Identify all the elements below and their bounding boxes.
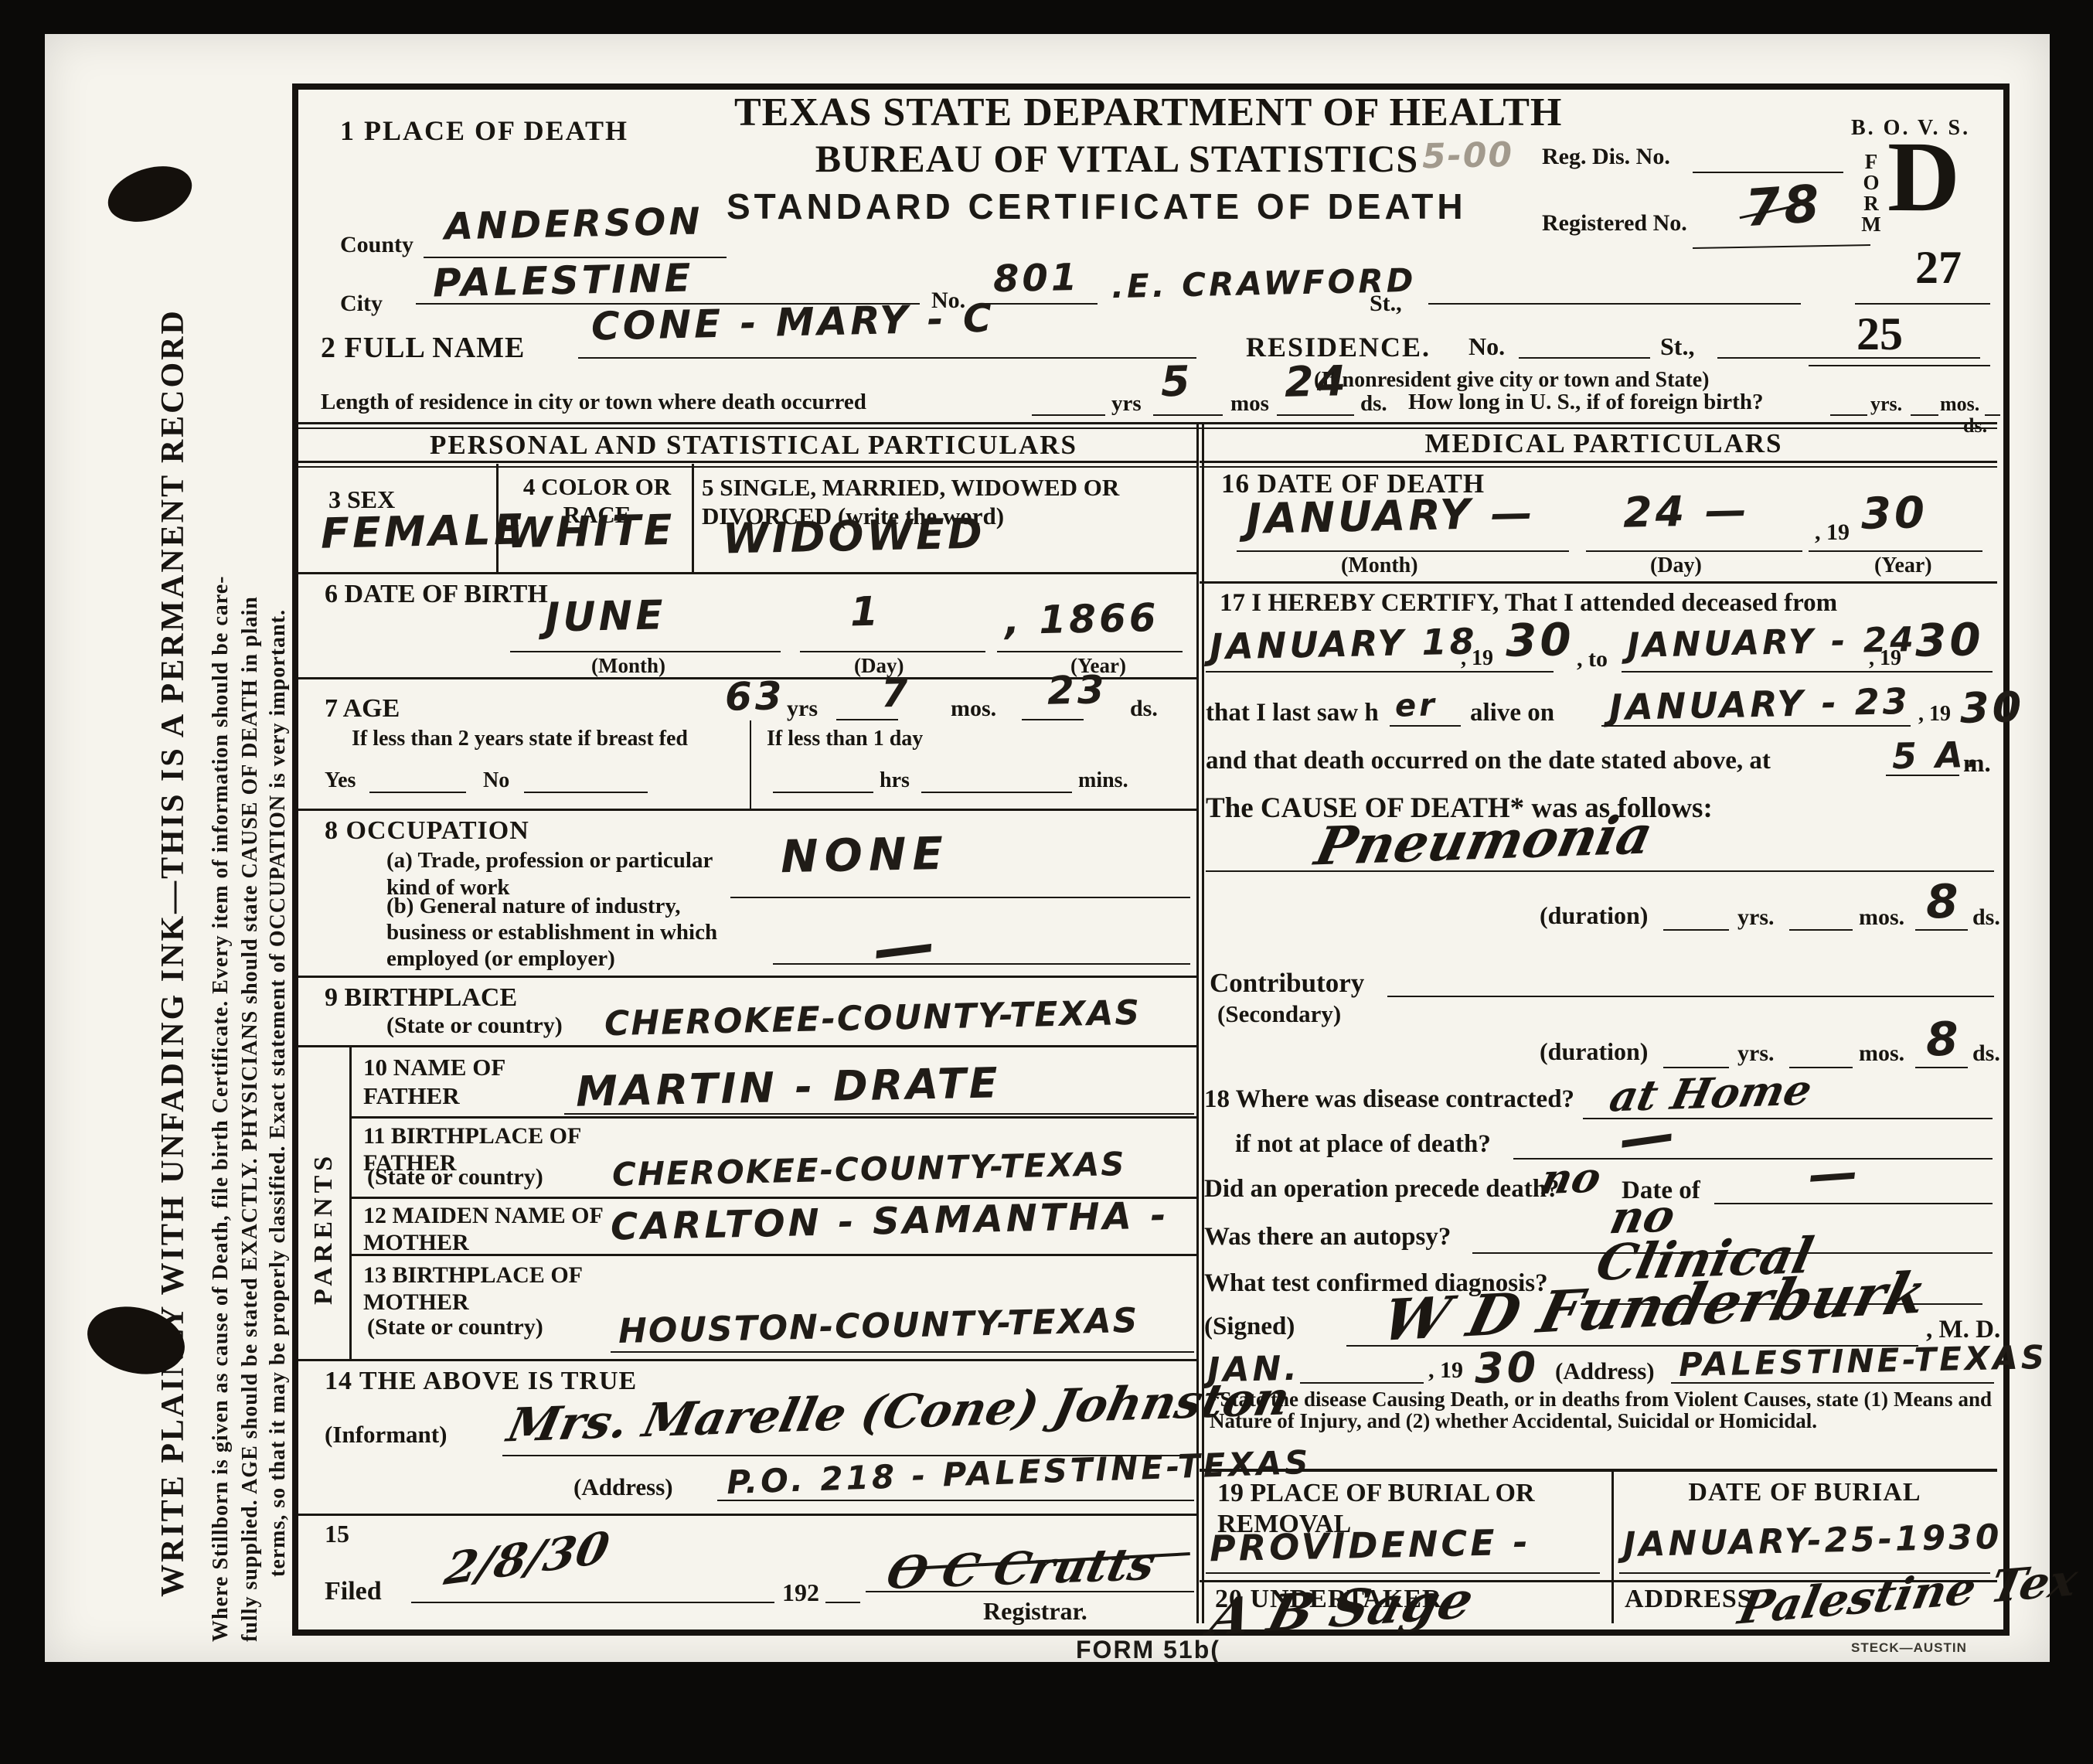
informant-caption: (Informant)	[325, 1421, 447, 1449]
autopsy-label: Was there an autopsy?	[1204, 1223, 1451, 1251]
blank-line	[1586, 550, 1802, 552]
county-label: County	[340, 232, 413, 258]
printer-mark: STECK—AUSTIN	[1851, 1640, 1967, 1656]
blank-line	[510, 651, 781, 652]
blank-line	[411, 1602, 774, 1603]
above-is-true-label: 14 THE ABOVE IS TRUE	[325, 1367, 637, 1396]
burial-date-value: JANUARY-25-1930	[1623, 1517, 2003, 1565]
blank-line	[1717, 357, 1980, 359]
row-divider	[349, 1116, 1196, 1119]
blank-line	[524, 792, 648, 793]
day-caption: (Day)	[1650, 553, 1702, 578]
blank-line	[564, 1113, 1194, 1115]
sign-address-value: PALESTINE-TEXAS	[1679, 1338, 2048, 1384]
blank-line	[1714, 1203, 1993, 1204]
stamp-number-25: 25	[1856, 308, 1903, 361]
blank-line	[611, 1351, 1194, 1353]
attended-to-year: 30	[1914, 613, 1984, 667]
blank-line	[997, 651, 1183, 652]
parents-vertical-label: PARENTS	[309, 1152, 339, 1305]
attended-from-year: 30	[1505, 613, 1574, 667]
ds-label: ds.	[1972, 1040, 2000, 1067]
occupation-b-value: —	[870, 907, 943, 986]
filed-label: Filed	[325, 1577, 382, 1606]
row-divider	[1200, 1469, 1997, 1472]
row-divider	[298, 1045, 1196, 1047]
m-label: m.	[1963, 750, 1991, 778]
length-mos-value: 5	[1160, 357, 1193, 407]
last-saw-pre: that I last saw h	[1206, 699, 1379, 727]
duration-caption: (duration)	[1540, 901, 1648, 930]
blank-line	[1809, 365, 1990, 366]
age-mos-label: mos.	[951, 696, 996, 722]
form-number-label: FORM 51b(	[1076, 1636, 1220, 1664]
mins-label: mins.	[1078, 768, 1128, 793]
cell-divider	[692, 464, 694, 572]
year-caption: (Year)	[1874, 553, 1932, 578]
breastfed-label: If less than 2 years state if breast fed	[352, 727, 688, 751]
yrs2-label: yrs.	[1870, 393, 1902, 416]
disease-contracted-label: 18 Where was disease contracted?	[1204, 1085, 1574, 1114]
place-of-death-label: 1 PLACE OF DEATH	[340, 114, 628, 147]
mos-label: mos.	[1859, 904, 1904, 931]
blank-line	[730, 897, 1190, 898]
month-caption: (Month)	[1341, 553, 1418, 578]
blank-line	[1153, 414, 1223, 416]
blank-line	[1390, 725, 1461, 727]
year-printed-19: , 19	[1869, 646, 1901, 671]
to-label: , to	[1577, 646, 1608, 673]
blank-line	[773, 963, 1190, 965]
blank-line	[1206, 1572, 1600, 1574]
blank-line	[800, 651, 985, 652]
operation-label: Did an operation precede death?	[1204, 1175, 1560, 1204]
blank-line	[578, 357, 1196, 359]
occupation-a-value: NONE	[780, 827, 949, 884]
blank-line	[1809, 550, 1982, 552]
ds-label: ds.	[1360, 391, 1387, 417]
blank-line	[1387, 996, 1994, 997]
attended-from-date: JANUARY 18	[1209, 620, 1478, 667]
duration-caption: (duration)	[1540, 1037, 1648, 1066]
sex-value: FEMALE	[320, 505, 526, 558]
yrs-label: yrs.	[1737, 1040, 1775, 1067]
dob-day-value: 1	[849, 589, 881, 636]
section-divider	[298, 461, 1196, 468]
yrs-label: yrs.	[1737, 904, 1775, 931]
margin-instruction-main: WRITE PLAINLY WITH UNFADING INK—THIS IS …	[155, 308, 192, 1597]
row-divider	[298, 976, 1196, 978]
blank-line	[1789, 929, 1853, 931]
duration-ds-value: 8	[1925, 875, 1962, 930]
cause-of-death-value: Pneumonia	[1310, 805, 1659, 878]
blank-line	[1915, 1067, 1968, 1068]
blank-line	[1693, 172, 1843, 173]
less-than-day-label: If less than 1 day	[767, 727, 923, 751]
burial-place-value: PROVIDENCE -	[1209, 1521, 1531, 1570]
blank-line	[1663, 929, 1729, 931]
section-divider	[1200, 461, 1997, 468]
filed-year-printed: 192	[782, 1578, 819, 1607]
last-saw-her: er	[1395, 687, 1438, 724]
sign-year-value: 30	[1474, 1343, 1539, 1393]
blank-line	[866, 1591, 1194, 1592]
blank-line	[1886, 775, 1959, 776]
operation-value: no	[1537, 1153, 1606, 1204]
blank-line	[1601, 725, 1911, 727]
last-saw-year: 30	[1959, 683, 2024, 733]
year-printed-19: , 19	[1428, 1357, 1463, 1384]
margin-instruction-2: Where Stillborn is given as cause of Dea…	[209, 576, 233, 1642]
last-saw-date: JANUARY - 23	[1608, 680, 1911, 728]
marital-value: WIDOWED	[722, 509, 985, 563]
dept-title-line2: BUREAU OF VITAL STATISTICS	[734, 136, 1499, 181]
occupation-label: 8 OCCUPATION	[325, 816, 529, 846]
if-not-place-label: if not at place of death?	[1235, 1130, 1491, 1159]
occupation-b-label: (b) General nature of industry, business…	[386, 893, 750, 972]
last-saw-mid: alive on	[1470, 699, 1554, 727]
date-of-death-day: 24 —	[1622, 485, 1750, 536]
blank-line	[1428, 303, 1801, 305]
hrs-label: hrs	[880, 768, 910, 793]
dob-year-value: , 1866	[1004, 595, 1159, 643]
registered-no-value: 78	[1743, 174, 1824, 239]
yrs-label: yrs	[1111, 391, 1142, 417]
blank-line	[1022, 719, 1084, 720]
blank-line	[980, 303, 1098, 305]
margin-instruction-3: fully supplied. AGE should be stated EXA…	[238, 596, 263, 1642]
burial-date-label: DATE OF BURIAL	[1627, 1478, 1982, 1507]
age-mos-value: 7	[880, 671, 911, 717]
full-name-label: 2 FULL NAME	[321, 331, 525, 365]
cell-divider	[1611, 1469, 1614, 1623]
cell-divider	[750, 720, 751, 809]
how-long-us-label: How long in U. S., if of foreign birth?	[1408, 390, 1763, 415]
dob-label: 6 DATE OF BIRTH	[325, 580, 548, 609]
blank-line	[1855, 303, 1990, 305]
blank-line	[1206, 870, 1994, 872]
mother-birthplace-caption: (State or country)	[367, 1314, 543, 1340]
informant-address-caption: (Address)	[573, 1473, 673, 1501]
mos-label: mos.	[1859, 1040, 1904, 1067]
row-divider	[298, 572, 1196, 574]
father-name-value: MARTIN - DRATE	[575, 1058, 1001, 1115]
operation-date-value: —	[1807, 1144, 1863, 1205]
age-label: 7 AGE	[325, 694, 400, 724]
blank-line	[1915, 929, 1968, 931]
blank-line	[1830, 414, 1867, 416]
dept-title-line1: TEXAS STATE DEPARTMENT OF HEALTH	[734, 90, 1499, 135]
year-printed-19: , 19	[1815, 519, 1850, 546]
row-divider	[298, 1514, 1196, 1516]
blank-line	[836, 719, 898, 720]
length-ds-value: 24	[1284, 356, 1349, 407]
blank-line	[1206, 671, 1554, 673]
month-caption: (Month)	[591, 654, 665, 678]
column-divider	[1196, 424, 1204, 1623]
residence-no-label: No.	[1469, 332, 1505, 361]
ds-label: ds.	[1972, 904, 2000, 931]
mother-birthplace-label: 13 BIRTHPLACE OF MOTHER	[363, 1262, 603, 1316]
blank-line	[773, 792, 873, 793]
sign-date-month: JAN.	[1206, 1349, 1300, 1391]
blank-line	[825, 1602, 860, 1603]
street-no-value: 801	[992, 256, 1080, 301]
contributory-label: Contributory	[1210, 968, 1364, 999]
blank-line	[1032, 414, 1105, 416]
blank-line	[1277, 414, 1354, 416]
form-vertical-label: FORM	[1860, 152, 1883, 235]
age-yrs-value: 63	[724, 673, 785, 720]
secondary-caption: (Secondary)	[1217, 1000, 1341, 1028]
mos2-label: mos.	[1940, 393, 1979, 416]
yes-label: Yes	[325, 768, 356, 793]
death-occurred-line: and that death occurred on the date stat…	[1206, 747, 1771, 775]
medical-section-title: MEDICAL PARTICULARS	[1206, 428, 2002, 459]
stamp-number-27: 27	[1915, 241, 1962, 295]
blank-line	[1300, 1382, 1424, 1384]
state-country-caption: (State or country)	[386, 1013, 563, 1039]
blank-line	[717, 1500, 1194, 1501]
row-divider	[298, 1359, 1196, 1361]
blank-line	[1519, 357, 1650, 359]
mother-maiden-name-label: 12 MAIDEN NAME OF MOTHER	[363, 1202, 603, 1256]
father-birthplace-caption: (State or country)	[367, 1164, 543, 1190]
full-name-value: CONE - MARY - C	[590, 296, 995, 349]
blank-line	[1622, 671, 1993, 673]
no-label: No	[483, 768, 509, 793]
pencil-note: 5-00	[1421, 135, 1513, 176]
registrar-label: Registrar.	[983, 1597, 1087, 1626]
county-value: ANDERSON	[444, 200, 703, 249]
age-yrs-label: yrs	[787, 696, 818, 722]
year-printed-19: , 19	[1461, 646, 1493, 671]
father-name-label: 10 NAME OF FATHER	[363, 1053, 556, 1110]
sign-address-caption: (Address)	[1555, 1357, 1655, 1385]
date-of-death-month: JANUARY —	[1245, 489, 1536, 543]
city-label: City	[340, 291, 383, 317]
row-divider	[298, 809, 1196, 811]
year-printed-19: , 19	[1918, 702, 1951, 727]
undertaker-address-label: ADDRESS	[1625, 1585, 1753, 1614]
date-of-death-year: 30	[1860, 488, 1928, 540]
age-ds-label: ds.	[1130, 696, 1158, 722]
city-value: PALESTINE	[432, 255, 694, 305]
filed-section-number: 15	[325, 1520, 349, 1548]
dob-month-value: JUNE	[544, 592, 666, 641]
form-letter-d: D	[1887, 127, 1960, 227]
length-residence-label: Length of residence in city or town wher…	[321, 390, 866, 415]
row-divider	[1200, 581, 1997, 584]
duration2-ds-value: 8	[1925, 1013, 1962, 1068]
signed-caption: (Signed)	[1204, 1313, 1295, 1341]
blank-line	[1237, 550, 1569, 552]
birthplace-label: 9 BIRTHPLACE	[325, 983, 517, 1013]
if-not-place-value: —	[1615, 1100, 1683, 1173]
blank-line	[369, 792, 466, 793]
row-divider	[349, 1254, 1196, 1256]
dept-title-line3: STANDARD CERTIFICATE OF DEATH	[727, 186, 1461, 227]
blank-line	[1671, 1382, 1994, 1384]
blank-line	[921, 792, 1072, 793]
parents-strip-divider	[349, 1045, 352, 1359]
cause-footnote: *State the disease Causing Death, or in …	[1210, 1388, 1992, 1432]
age-ds-value: 23	[1046, 667, 1108, 713]
st-label: St.,	[1370, 291, 1402, 317]
reg-dis-no-label: Reg. Dis. No.	[1542, 144, 1670, 170]
personal-section-title: PERSONAL AND STATISTICAL PARTICULARS	[309, 430, 1198, 461]
mos-label: mos	[1230, 391, 1269, 417]
registered-no-label: Registered No.	[1542, 210, 1687, 237]
scanned-death-certificate: { "margin": { "line1": "WRITE PLAINLY WI…	[0, 0, 2093, 1764]
color-race-value: WHITE	[505, 506, 676, 558]
residence-st-label: St.,	[1660, 332, 1694, 361]
margin-instruction-4: terms, so that it may be properly classi…	[266, 609, 291, 1577]
blank-line	[1911, 414, 1938, 416]
